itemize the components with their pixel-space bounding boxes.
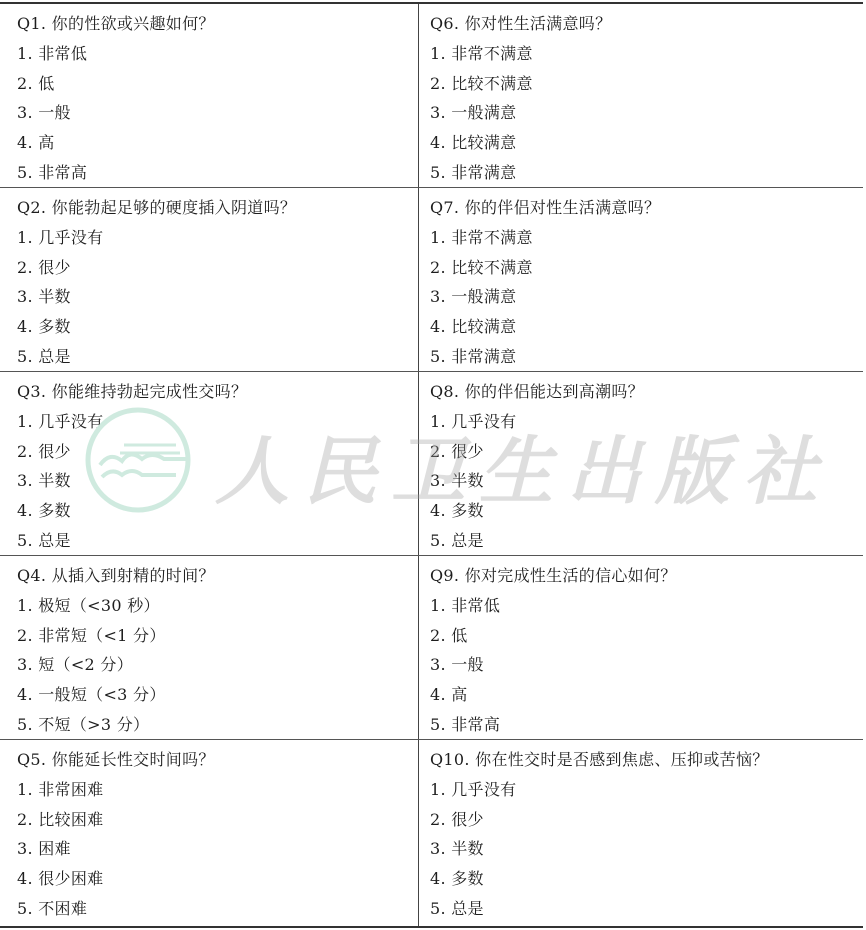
answer-option: 5. 总是 bbox=[430, 894, 863, 924]
answer-option: 5. 总是 bbox=[17, 526, 418, 556]
answer-option: 1. 极短（<30 秒） bbox=[17, 591, 418, 621]
answer-option: 5. 非常满意 bbox=[430, 158, 863, 188]
question-title: Q9. 你对完成性生活的信心如何？ bbox=[430, 561, 863, 591]
question-cell-q5: Q5. 你能延长性交时间吗？1. 非常困难2. 比较困难3. 困难4. 很少困难… bbox=[0, 740, 419, 926]
question-cell-q6: Q6. 你对性生活满意吗？1. 非常不满意2. 比较不满意3. 一般满意4. 比… bbox=[419, 4, 863, 187]
answer-option: 2. 很少 bbox=[430, 437, 863, 467]
answer-option: 2. 比较不满意 bbox=[430, 69, 863, 99]
answer-option: 3. 短（<2 分） bbox=[17, 650, 418, 680]
answer-option: 4. 一般短（<3 分） bbox=[17, 680, 418, 710]
answer-option: 2. 很少 bbox=[17, 253, 418, 283]
question-cell-q7: Q7. 你的伴侣对性生活满意吗？1. 非常不满意2. 比较不满意3. 一般满意4… bbox=[419, 188, 863, 371]
answer-option: 3. 一般满意 bbox=[430, 282, 863, 312]
question-title: Q7. 你的伴侣对性生活满意吗？ bbox=[430, 193, 863, 223]
answer-option: 4. 高 bbox=[430, 680, 863, 710]
question-title: Q5. 你能延长性交时间吗？ bbox=[17, 745, 418, 775]
answer-option: 5. 不短（>3 分） bbox=[17, 710, 418, 740]
answer-option: 2. 非常短（<1 分） bbox=[17, 621, 418, 651]
answer-option: 4. 很少困难 bbox=[17, 864, 418, 894]
answer-option: 3. 半数 bbox=[17, 466, 418, 496]
answer-option: 1. 非常低 bbox=[430, 591, 863, 621]
answer-option: 5. 总是 bbox=[17, 342, 418, 372]
answer-option: 2. 很少 bbox=[430, 805, 863, 835]
table-row: Q1. 你的性欲或兴趣如何？1. 非常低2. 低3. 一般4. 高5. 非常高Q… bbox=[0, 4, 863, 188]
answer-option: 3. 半数 bbox=[430, 834, 863, 864]
answer-option: 5. 不困难 bbox=[17, 894, 418, 924]
table-row: Q3. 你能维持勃起完成性交吗？1. 几乎没有2. 很少3. 半数4. 多数5.… bbox=[0, 372, 863, 556]
question-title: Q10. 你在性交时是否感到焦虑、压抑或苦恼？ bbox=[430, 745, 863, 775]
answer-option: 5. 非常高 bbox=[17, 158, 418, 188]
answer-option: 2. 比较不满意 bbox=[430, 253, 863, 283]
question-cell-q2: Q2. 你能勃起足够的硬度插入阴道吗？1. 几乎没有2. 很少3. 半数4. 多… bbox=[0, 188, 419, 371]
answer-option: 1. 几乎没有 bbox=[17, 223, 418, 253]
answer-option: 4. 比较满意 bbox=[430, 128, 863, 158]
answer-option: 1. 非常困难 bbox=[17, 775, 418, 805]
answer-option: 3. 困难 bbox=[17, 834, 418, 864]
question-title: Q4. 从插入到射精的时间？ bbox=[17, 561, 418, 591]
answer-option: 2. 比较困难 bbox=[17, 805, 418, 835]
question-cell-q4: Q4. 从插入到射精的时间？1. 极短（<30 秒）2. 非常短（<1 分）3.… bbox=[0, 556, 419, 739]
question-title: Q1. 你的性欲或兴趣如何？ bbox=[17, 9, 418, 39]
answer-option: 5. 总是 bbox=[430, 526, 863, 556]
question-cell-q9: Q9. 你对完成性生活的信心如何？1. 非常低2. 低3. 一般4. 高5. 非… bbox=[419, 556, 863, 739]
answer-option: 3. 一般满意 bbox=[430, 98, 863, 128]
answer-option: 3. 半数 bbox=[17, 282, 418, 312]
question-title: Q3. 你能维持勃起完成性交吗？ bbox=[17, 377, 418, 407]
answer-option: 5. 非常满意 bbox=[430, 342, 863, 372]
answer-option: 1. 非常不满意 bbox=[430, 39, 863, 69]
question-cell-q8: Q8. 你的伴侣能达到高潮吗？1. 几乎没有2. 很少3. 半数4. 多数5. … bbox=[419, 372, 863, 555]
table-row: Q4. 从插入到射精的时间？1. 极短（<30 秒）2. 非常短（<1 分）3.… bbox=[0, 556, 863, 740]
answer-option: 4. 高 bbox=[17, 128, 418, 158]
answer-option: 4. 多数 bbox=[430, 496, 863, 526]
question-cell-q1: Q1. 你的性欲或兴趣如何？1. 非常低2. 低3. 一般4. 高5. 非常高 bbox=[0, 4, 419, 187]
question-cell-q3: Q3. 你能维持勃起完成性交吗？1. 几乎没有2. 很少3. 半数4. 多数5.… bbox=[0, 372, 419, 555]
answer-option: 4. 比较满意 bbox=[430, 312, 863, 342]
answer-option: 3. 一般 bbox=[17, 98, 418, 128]
table-row: Q5. 你能延长性交时间吗？1. 非常困难2. 比较困难3. 困难4. 很少困难… bbox=[0, 740, 863, 926]
answer-option: 5. 非常高 bbox=[430, 710, 863, 740]
answer-option: 2. 低 bbox=[430, 621, 863, 651]
question-title: Q6. 你对性生活满意吗？ bbox=[430, 9, 863, 39]
answer-option: 1. 几乎没有 bbox=[17, 407, 418, 437]
answer-option: 1. 几乎没有 bbox=[430, 407, 863, 437]
questionnaire-table: Q1. 你的性欲或兴趣如何？1. 非常低2. 低3. 一般4. 高5. 非常高Q… bbox=[0, 2, 863, 928]
answer-option: 4. 多数 bbox=[17, 496, 418, 526]
question-title: Q2. 你能勃起足够的硬度插入阴道吗？ bbox=[17, 193, 418, 223]
question-title: Q8. 你的伴侣能达到高潮吗？ bbox=[430, 377, 863, 407]
question-cell-q10: Q10. 你在性交时是否感到焦虑、压抑或苦恼？1. 几乎没有2. 很少3. 半数… bbox=[419, 740, 863, 926]
answer-option: 1. 几乎没有 bbox=[430, 775, 863, 805]
answer-option: 3. 半数 bbox=[430, 466, 863, 496]
answer-option: 2. 低 bbox=[17, 69, 418, 99]
answer-option: 1. 非常不满意 bbox=[430, 223, 863, 253]
answer-option: 4. 多数 bbox=[430, 864, 863, 894]
table-row: Q2. 你能勃起足够的硬度插入阴道吗？1. 几乎没有2. 很少3. 半数4. 多… bbox=[0, 188, 863, 372]
answer-option: 2. 很少 bbox=[17, 437, 418, 467]
answer-option: 4. 多数 bbox=[17, 312, 418, 342]
answer-option: 1. 非常低 bbox=[17, 39, 418, 69]
answer-option: 3. 一般 bbox=[430, 650, 863, 680]
